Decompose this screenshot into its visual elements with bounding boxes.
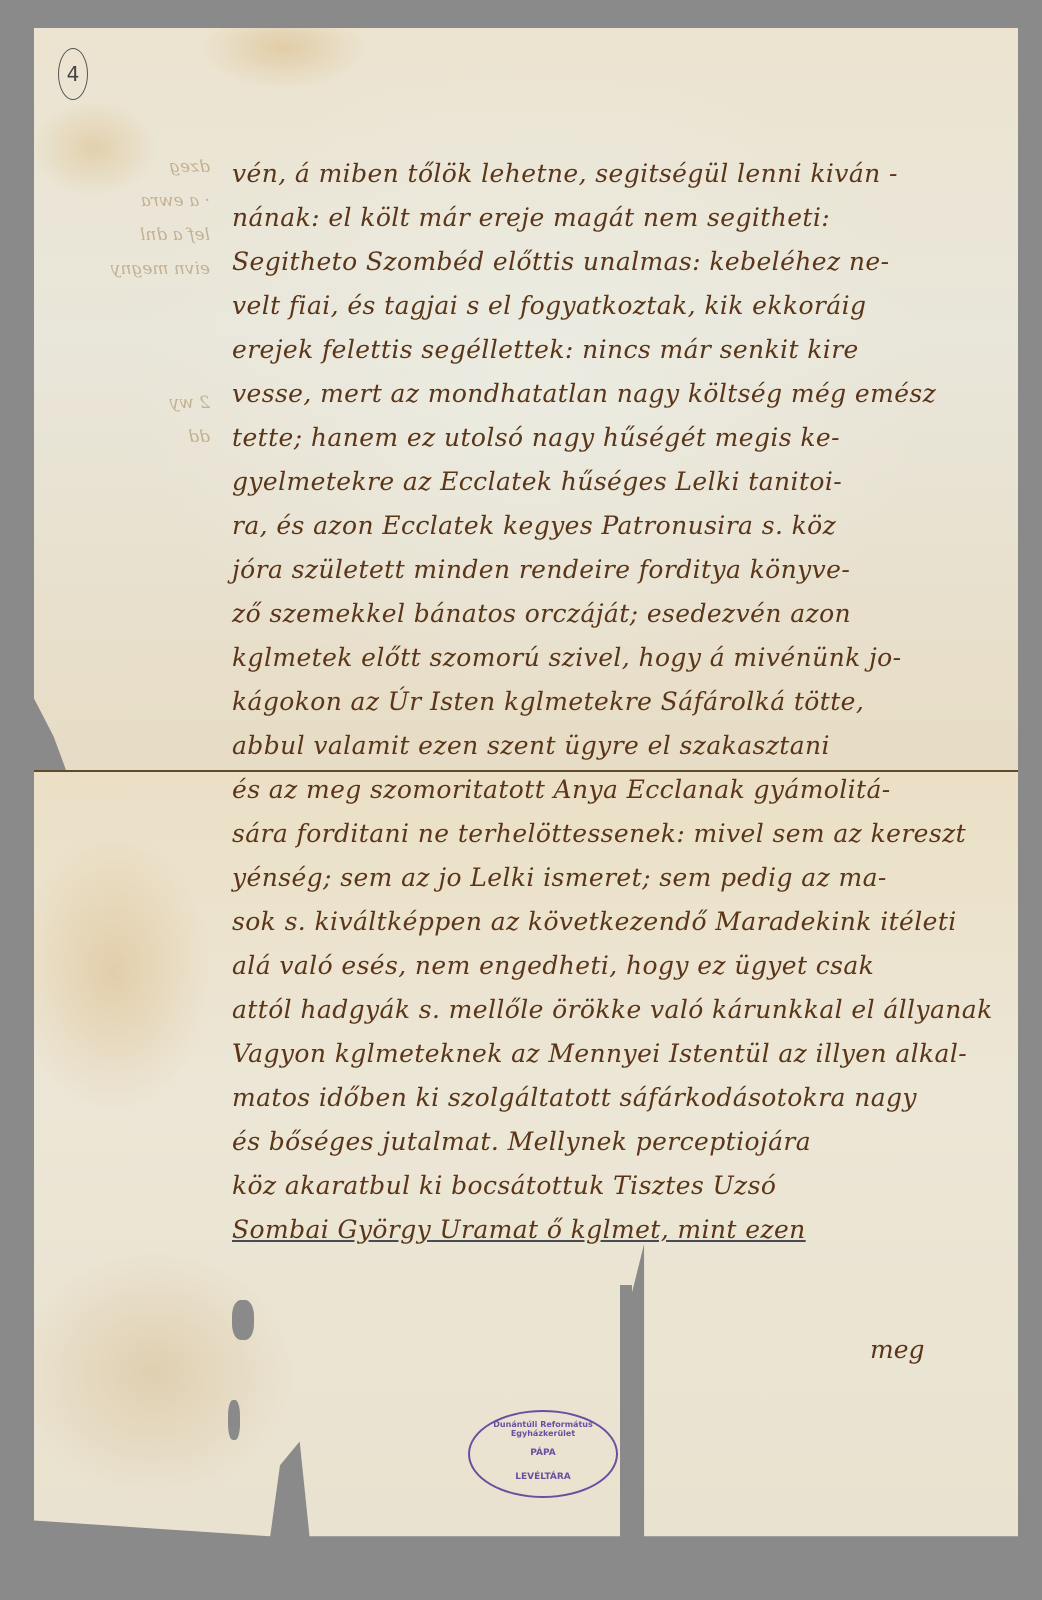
stamp-bottom-text: LEVÉLTÁRA bbox=[470, 1472, 616, 1482]
stamp-middle-text: PÁPA bbox=[470, 1448, 616, 1458]
text-line: és bőséges jutalmat. Mellynek perceptioj… bbox=[232, 1120, 1002, 1164]
text-line: ra, és azon Ecclatek kegyes Patronusira … bbox=[232, 504, 1002, 548]
text-line: gyelmetekre az Ecclatek hűséges Lelki ta… bbox=[232, 460, 1002, 504]
paper-hole bbox=[232, 1300, 254, 1340]
tear-gap bbox=[620, 1285, 632, 1545]
text-line: erejek felettis segéllettek: nincs már s… bbox=[232, 328, 1002, 372]
text-line: sok s. kiváltképpen az következendő Mara… bbox=[232, 900, 1002, 944]
text-line: yénség; sem az jo Lelki ismeret; sem ped… bbox=[232, 856, 1002, 900]
text-line: velt fiai, és tagjai s el fogyatkoztak, … bbox=[232, 284, 1002, 328]
text-line: kglmetek előtt szomorú szivel, hogy á mi… bbox=[232, 636, 1002, 680]
bleed-line: lef a dnl bbox=[70, 218, 210, 252]
underlined-name: Sombai György Uramat ő kglmet, mint ezen bbox=[232, 1215, 806, 1244]
bleed-line: dd bbox=[70, 420, 210, 454]
stamp-outer-text: Dunántúli Református Egyházkerület bbox=[470, 1420, 616, 1438]
text-line: vesse, mert az mondhatatlan nagy költség… bbox=[232, 372, 1002, 416]
text-line-underlined: Sombai György Uramat ő kglmet, mint ezen bbox=[232, 1208, 1002, 1252]
text-line: abbul valamit ezen szent ügyre el szakas… bbox=[232, 724, 1002, 768]
bleed-line: 2 wy bbox=[70, 386, 210, 420]
text-line: jóra született minden rendeire forditya … bbox=[232, 548, 1002, 592]
text-line: köz akaratbul ki bocsátottuk Tisztes Uzs… bbox=[232, 1164, 1002, 1208]
text-line: Vagyon kglmeteknek az Mennyei Istentül a… bbox=[232, 1032, 1002, 1076]
text-line: vén, á miben tőlök lehetne, segitségül l… bbox=[232, 152, 1002, 196]
bleed-line: · a ewra bbox=[70, 184, 210, 218]
text-line: matos időben ki szolgáltatott sáfárkodás… bbox=[232, 1076, 1002, 1120]
text-line: Segitheto Szombéd előttis unalmas: kebel… bbox=[232, 240, 1002, 284]
bleed-line: dzeg bbox=[70, 150, 210, 184]
bleed-through-text: dzeg · a ewra lef a dnl eivn megny 2 wy … bbox=[70, 150, 210, 454]
paper-hole bbox=[228, 1400, 240, 1440]
bleed-line: eivn megny bbox=[70, 252, 210, 286]
text-line: kágokon az Úr Isten kglmetekre Sáfárolká… bbox=[232, 680, 1002, 724]
text-line: attól hadgyák s. mellőle örökke való kár… bbox=[232, 988, 1002, 1032]
page-number-circled: 4 bbox=[58, 48, 88, 100]
paper-hole bbox=[275, 1525, 305, 1565]
text-line: alá való esés, nem engedheti, hogy ez üg… bbox=[232, 944, 1002, 988]
archive-stamp: Dunántúli Református Egyházkerület PÁPA … bbox=[468, 1410, 618, 1498]
manuscript-text: vén, á miben tőlök lehetne, segitségül l… bbox=[232, 152, 1002, 1252]
text-line: és az meg szomoritatott Anya Ecclanak gy… bbox=[232, 768, 1002, 812]
text-line: tette; hanem ez utolsó nagy hűségét megi… bbox=[232, 416, 1002, 460]
text-line: sára forditani ne terhelöttessenek: mive… bbox=[232, 812, 1002, 856]
text-line: nának: el költ már ereje magát nem segit… bbox=[232, 196, 1002, 240]
text-line: ző szemekkel bánatos orczáját; esedezvén… bbox=[232, 592, 1002, 636]
page-number-text: 4 bbox=[67, 62, 80, 86]
catchword: meg bbox=[870, 1335, 925, 1364]
